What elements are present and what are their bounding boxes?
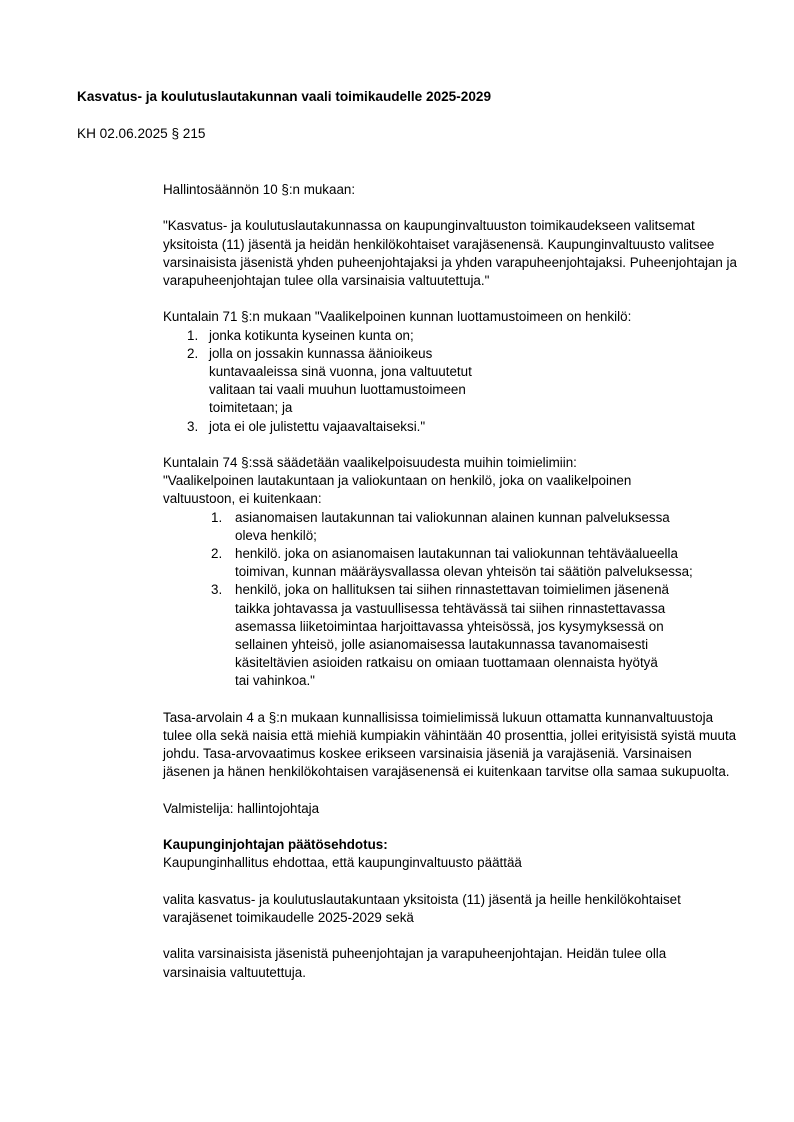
list-item: 3.henkilö, joka on hallituksen tai siihe… [163, 581, 675, 690]
list-text: asianomaisen lautakunnan tai valiokunnan… [235, 510, 670, 543]
proposal-point-1: valita kasvatus- ja koulutuslautakuntaan… [163, 891, 748, 927]
list-text: henkilö. joka on asianomaisen lautakunna… [235, 546, 693, 579]
list-text: jonka kotikunta kyseinen kunta on; [209, 328, 414, 343]
section1-quote: "Kasvatus- ja koulutuslautakunnassa on k… [163, 217, 738, 290]
section3-intro: Kuntalain 74 §:ssä säädetään vaalikelpoi… [163, 454, 763, 472]
section2-intro: Kuntalain 71 §:n mukaan "Vaalikelpoinen … [163, 308, 763, 326]
list-item: 2.jolla on jossakin kunnassa äänioikeus … [163, 345, 479, 418]
list-text: henkilö, joka on hallituksen tai siihen … [235, 582, 669, 688]
section2-list: 1.jonka kotikunta kyseinen kunta on; 2.j… [163, 327, 763, 436]
proposal-point-2: valita varsinaisista jäsenistä puheenjoh… [163, 945, 733, 981]
list-number: 2. [187, 345, 198, 363]
section3-quote: "Vaalikelpoinen lautakuntaan ja valiokun… [163, 472, 683, 508]
preparer: Valmistelija: hallintojohtaja [163, 800, 763, 818]
meeting-reference: KH 02.06.2025 § 215 [77, 126, 206, 141]
document-title: Kasvatus- ja koulutuslautakunnan vaali t… [77, 89, 491, 104]
section4-text: Tasa-arvolain 4 a §:n mukaan kunnallisis… [163, 709, 741, 782]
list-text: jota ei ole julistettu vajaavaltaiseksi.… [209, 419, 425, 434]
proposal-intro: Kaupunginhallitus ehdottaa, että kaupung… [163, 854, 763, 872]
list-item: 1.jonka kotikunta kyseinen kunta on; [163, 327, 763, 345]
proposal-heading: Kaupunginjohtajan päätösehdotus: [163, 836, 763, 854]
list-item: 2.henkilö. joka on asianomaisen lautakun… [163, 545, 695, 581]
list-number: 2. [211, 545, 222, 563]
list-number: 1. [187, 327, 198, 345]
list-number: 1. [211, 509, 222, 527]
list-number: 3. [187, 418, 198, 436]
document-body: Hallintosäännön 10 §:n mukaan: "Kasvatus… [163, 181, 763, 982]
list-item: 1.asianomaisen lautakunnan tai valiokunn… [163, 509, 675, 545]
list-text: jolla on jossakin kunnassa äänioikeus ku… [209, 346, 472, 416]
list-item: 3.jota ei ole julistettu vajaavaltaiseks… [163, 418, 763, 436]
section3-list: 1.asianomaisen lautakunnan tai valiokunn… [163, 509, 763, 691]
list-number: 3. [211, 581, 222, 599]
section1-intro: Hallintosäännön 10 §:n mukaan: [163, 181, 763, 199]
